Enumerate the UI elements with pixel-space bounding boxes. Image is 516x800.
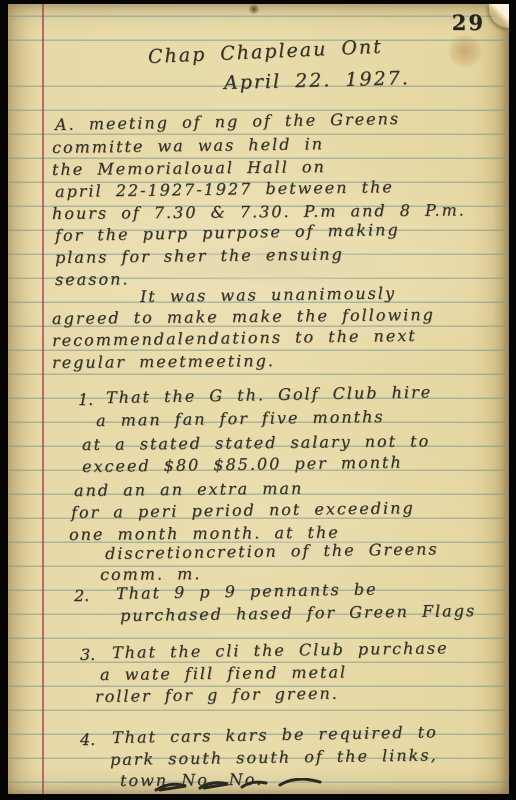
cutoff-handwriting-strokes	[138, 778, 368, 794]
handwritten-line: a wate fill fiend metal	[100, 662, 347, 684]
handwritten-line: It was was unanimously	[140, 283, 396, 306]
handwritten-line: at a stated stated salary not to	[82, 431, 430, 454]
handwritten-line: regular meetmeeting.	[52, 351, 275, 372]
handwritten-line: comm. m.	[100, 564, 202, 584]
list-item-number: 4.	[80, 730, 95, 749]
handwritten-line: hours of 7.30 & 7.30. P.m and 8 P.m.	[52, 200, 466, 223]
handwritten-line: roller for g for green.	[95, 684, 339, 706]
list-item-number: 3.	[80, 645, 95, 664]
handwritten-line: and an an extra man	[74, 479, 303, 500]
page-number: 29	[452, 10, 485, 35]
handwritten-line: agreed to make make the following	[52, 305, 435, 328]
handwritten-line: committe wa was held in	[52, 134, 324, 157]
handwritten-line: the Memorialoual Hall on	[52, 157, 326, 179]
red-margin-line	[42, 4, 44, 794]
handwritten-line: a man fan for five months	[96, 407, 385, 430]
list-item-number: 1.	[78, 390, 93, 409]
list-item-number: 2.	[74, 586, 89, 605]
handwritten-line: plans for sher the ensuing	[55, 244, 344, 267]
paper-sheet: 29 Chap Chapleau Ont April 22. 1927. A. …	[8, 4, 509, 794]
scanned-ledger-page: 29 Chap Chapleau Ont April 22. 1927. A. …	[0, 0, 516, 800]
handwritten-line: season.	[55, 269, 130, 289]
